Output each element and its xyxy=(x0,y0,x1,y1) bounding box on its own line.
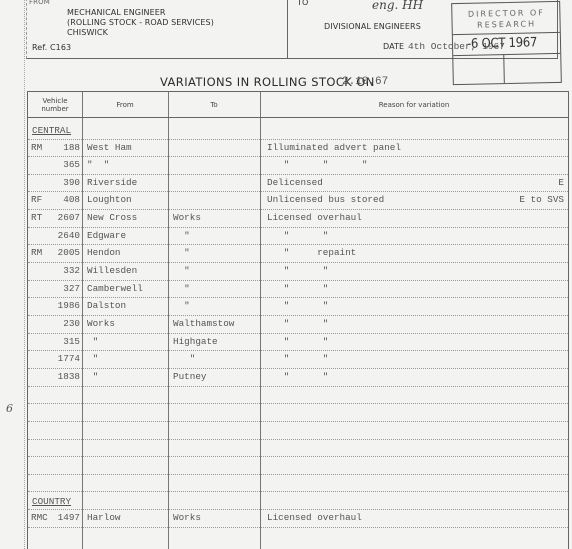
vehicle-number: 2005 xyxy=(28,245,80,260)
from-garage: " xyxy=(87,334,98,349)
vehicle-number: 327 xyxy=(28,281,80,296)
stamp-divider xyxy=(453,32,560,35)
vehicle-number: 2607 xyxy=(28,210,80,225)
from-garage: " xyxy=(87,351,98,366)
to-garage: Highgate xyxy=(173,334,218,349)
reason: " " xyxy=(267,298,328,313)
from-garage: Camberwell xyxy=(87,281,143,296)
from-line-3: CHISWICK xyxy=(67,28,108,37)
from-garage: Harlow xyxy=(87,510,120,525)
table-row: 1986Dalston " " " xyxy=(28,297,568,316)
table-row: 2640Edgware " " " xyxy=(28,227,568,246)
column-header-vehicle: Vehicle number xyxy=(28,92,82,117)
blank-row xyxy=(28,439,568,458)
table-row: RF408LoughtonUnlicensed bus storedE to S… xyxy=(28,191,568,210)
from-garage: Hendon xyxy=(87,245,120,260)
table-row: 390RiversideDelicensedE xyxy=(28,174,568,193)
from-line-2: (ROLLING STOCK - ROAD SERVICES) xyxy=(67,18,214,27)
from-box: FROM MECHANICAL ENGINEER (ROLLING STOCK … xyxy=(26,0,288,59)
stamp-divider xyxy=(503,54,505,83)
to-garage: " xyxy=(173,228,190,243)
vehicle-number: 408 xyxy=(28,192,80,207)
table-row: 230WorksWalthamstow " " xyxy=(28,315,568,334)
from-garage: " " xyxy=(87,157,109,172)
blank-row xyxy=(28,386,568,405)
reason: " " xyxy=(267,369,328,384)
reason: Illuminated advert panel xyxy=(267,140,401,155)
reason: " " xyxy=(267,281,328,296)
margin-annotation: 6 xyxy=(6,402,13,415)
reason: " " xyxy=(267,316,328,331)
to-garage: " xyxy=(173,298,190,313)
table-row: 365" " " " " xyxy=(28,156,568,175)
table-row: RM188West HamIlluminated advert panel xyxy=(28,139,568,158)
reference-number: Ref. C163 xyxy=(32,43,71,52)
from-label: FROM xyxy=(29,0,50,6)
column-header-to: To xyxy=(168,92,260,117)
page-edge-mark xyxy=(24,0,26,549)
reason: Delicensed xyxy=(267,175,323,190)
to-garage: " xyxy=(173,263,190,278)
stamp-date: -6 OCT 1967 xyxy=(467,35,537,51)
from-garage: Works xyxy=(87,316,115,331)
stamp-divider xyxy=(453,53,560,56)
reason-note: E to SVS xyxy=(519,192,564,207)
section-row: CENTRAL xyxy=(28,118,568,140)
from-garage: Dalston xyxy=(87,298,126,313)
date-label: DATE xyxy=(383,42,404,51)
section-label: CENTRAL xyxy=(32,123,84,138)
from-garage: Edgware xyxy=(87,228,126,243)
reason-note: E xyxy=(558,175,564,190)
to-garage: Works xyxy=(173,510,201,525)
vehicle-number: 1497 xyxy=(28,510,80,525)
vehicle-number: 315 xyxy=(28,334,80,349)
reason: " " " xyxy=(267,157,367,172)
table-row: 1838 "Putney " " xyxy=(28,368,568,387)
reason: " " xyxy=(267,228,328,243)
blank-row xyxy=(28,403,568,422)
blank-row xyxy=(28,421,568,440)
column-header-from: From xyxy=(82,92,168,117)
variations-table: Vehicle number From To Reason for variat… xyxy=(27,91,569,549)
vehicle-number: 1774 xyxy=(28,351,80,366)
table-row: 332Willesden " " " xyxy=(28,262,568,281)
reason: Licensed overhaul xyxy=(267,510,362,525)
vehicle-number: 390 xyxy=(28,175,80,190)
from-garage: Loughton xyxy=(87,192,132,207)
from-garage: Willesden xyxy=(87,263,137,278)
table-row: 1774 " " " " xyxy=(28,350,568,369)
table-row: 327Camberwell " " " xyxy=(28,280,568,299)
vehicle-number: 2640 xyxy=(28,228,80,243)
blank-row xyxy=(28,456,568,475)
received-stamp: DIRECTOR OF RESEARCH -6 OCT 1967 xyxy=(451,1,562,85)
reason: Licensed overhaul xyxy=(267,210,362,225)
reason: " " xyxy=(267,351,328,366)
reason: " " xyxy=(267,263,328,278)
table-row: RMC1497HarlowWorksLicensed overhaul xyxy=(28,509,568,528)
blank-row xyxy=(28,474,568,493)
reason: Unlicensed bus stored xyxy=(267,192,384,207)
from-garage: Riverside xyxy=(87,175,137,190)
stamp-line-1: DIRECTOR OF xyxy=(456,8,556,19)
vehicle-number: 1986 xyxy=(28,298,80,313)
column-header-reason: Reason for variation xyxy=(260,92,568,117)
stamp-line-2: RESEARCH xyxy=(457,19,557,30)
to-recipient: DIVISIONAL ENGINEERS xyxy=(324,22,421,31)
section-row: COUNTRY xyxy=(28,492,568,511)
reason: " " xyxy=(267,334,328,349)
to-garage: Works xyxy=(173,210,201,225)
to-garage: " xyxy=(173,351,195,366)
from-garage: West Ham xyxy=(87,140,132,155)
vehicle-number: 188 xyxy=(28,140,80,155)
from-garage: New Cross xyxy=(87,210,137,225)
table-row: 315 "Highgate " " xyxy=(28,333,568,352)
to-garage: Putney xyxy=(173,369,206,384)
to-garage: " xyxy=(173,245,190,260)
title-date: 2.10.67 xyxy=(342,76,388,88)
vehicle-number: 1838 xyxy=(28,369,80,384)
reason: " repaint xyxy=(267,245,356,260)
to-garage: Walthamstow xyxy=(173,316,234,331)
column-header-vehicle-line2: number xyxy=(41,105,68,113)
handwritten-annotation: eng. HH xyxy=(372,0,423,12)
table-row: RT2607New CrossWorksLicensed overhaul xyxy=(28,209,568,228)
from-garage: " xyxy=(87,369,98,384)
table-row: RM2005Hendon " " repaint xyxy=(28,244,568,263)
column-header-vehicle-line1: Vehicle xyxy=(42,97,67,105)
vehicle-number: 365 xyxy=(28,157,80,172)
from-line-1: MECHANICAL ENGINEER xyxy=(67,8,166,17)
section-label: COUNTRY xyxy=(32,494,84,509)
vehicle-number: 332 xyxy=(28,263,80,278)
to-label: TO xyxy=(297,0,308,7)
vehicle-number: 230 xyxy=(28,316,80,331)
to-garage: " xyxy=(173,281,190,296)
